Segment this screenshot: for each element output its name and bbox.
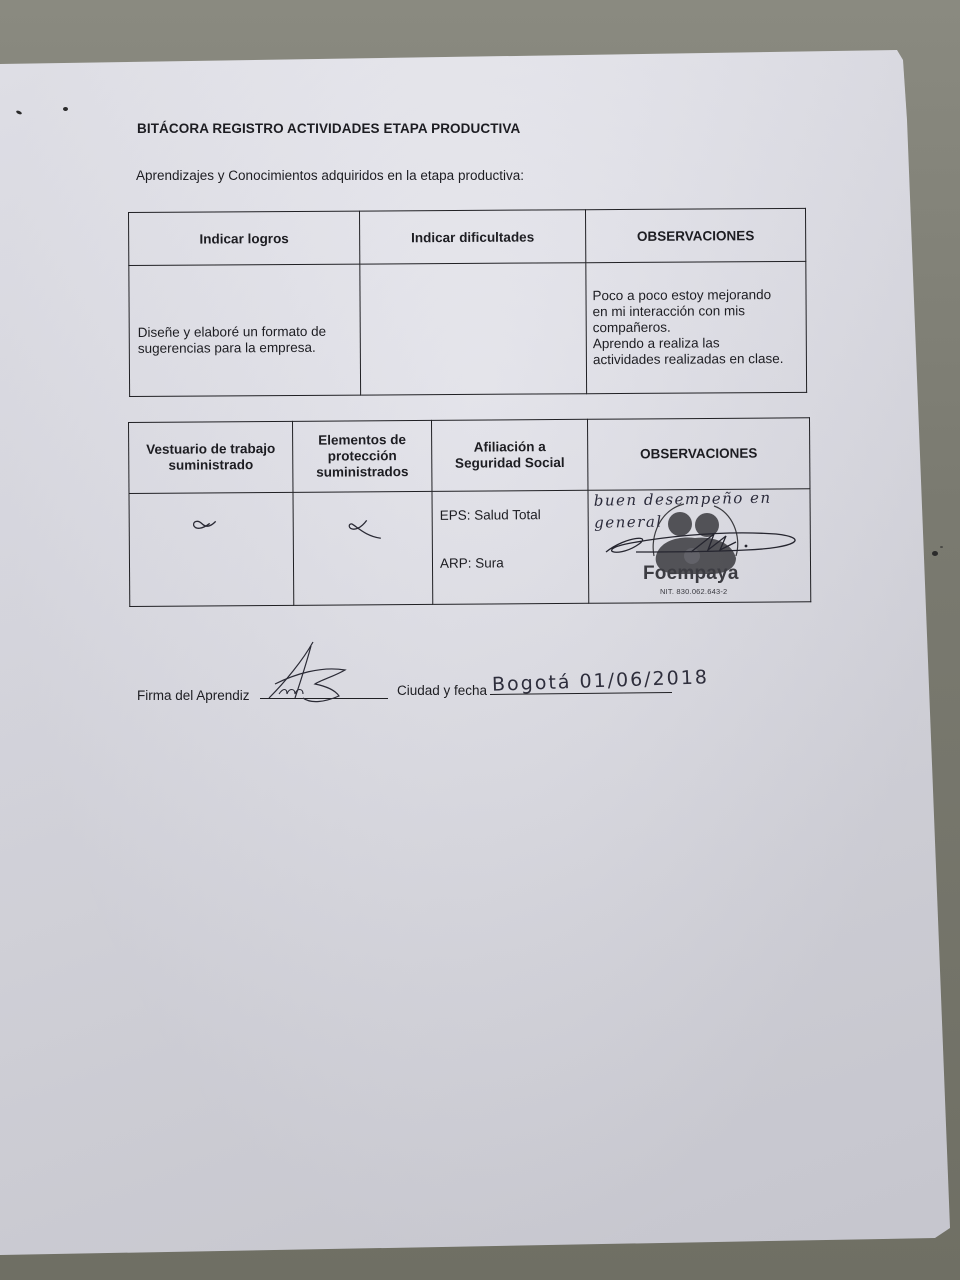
eps-value: EPS: Salud Total xyxy=(440,507,541,523)
learning-table: Indicar logros Indicar dificultades OBSE… xyxy=(128,208,807,397)
document-title: BITÁCORA REGISTRO ACTIVIDADES ETAPA PROD… xyxy=(137,121,520,136)
desk-speck xyxy=(940,546,943,548)
signature-label: Firma del Aprendiz xyxy=(137,688,250,703)
header-afiliacion: Afiliación a Seguridad Social xyxy=(431,419,587,491)
table-header-row: Indicar logros Indicar dificultades OBSE… xyxy=(129,208,806,265)
cell-observaciones: Poco a poco estoy mejorando en mi intera… xyxy=(586,261,807,393)
header-dificultades: Indicar dificultades xyxy=(359,210,585,264)
cell-afiliacion: EPS: Salud Total ARP: Sura xyxy=(432,490,589,604)
arp-value: ARP: Sura xyxy=(440,555,588,571)
desk-speck xyxy=(932,551,938,556)
table-row: Diseñe y elaboré un formato de sugerenci… xyxy=(129,261,807,396)
header-vestuario: Vestuario de trabajo suministrado xyxy=(129,421,293,493)
cell-logros: Diseñe y elaboré un formato de sugerenci… xyxy=(129,264,361,396)
checkmark-icon xyxy=(188,515,228,545)
stamp-nit: NIT. 830.062.643-2 xyxy=(660,587,727,596)
cell-vestuario xyxy=(129,492,294,606)
table-header-row: Vestuario de trabajo suministrado Elemen… xyxy=(129,418,810,494)
cell-proteccion xyxy=(293,491,433,605)
city-date-label: Ciudad y fecha xyxy=(397,683,487,698)
apprentice-signature[interactable] xyxy=(255,638,355,708)
supervisor-signature xyxy=(596,522,816,572)
paper-speck xyxy=(63,107,68,111)
paper-sheet xyxy=(0,0,960,1280)
header-observaciones: OBSERVACIONES xyxy=(587,418,809,491)
section-subtitle: Aprendizajes y Conocimientos adquiridos … xyxy=(136,168,524,183)
cell-dificultades xyxy=(360,263,587,395)
header-proteccion: Elementos de protección suministrados xyxy=(292,420,431,492)
header-logros: Indicar logros xyxy=(129,211,360,265)
header-observaciones: OBSERVACIONES xyxy=(585,208,805,262)
checkmark-icon xyxy=(339,516,389,556)
